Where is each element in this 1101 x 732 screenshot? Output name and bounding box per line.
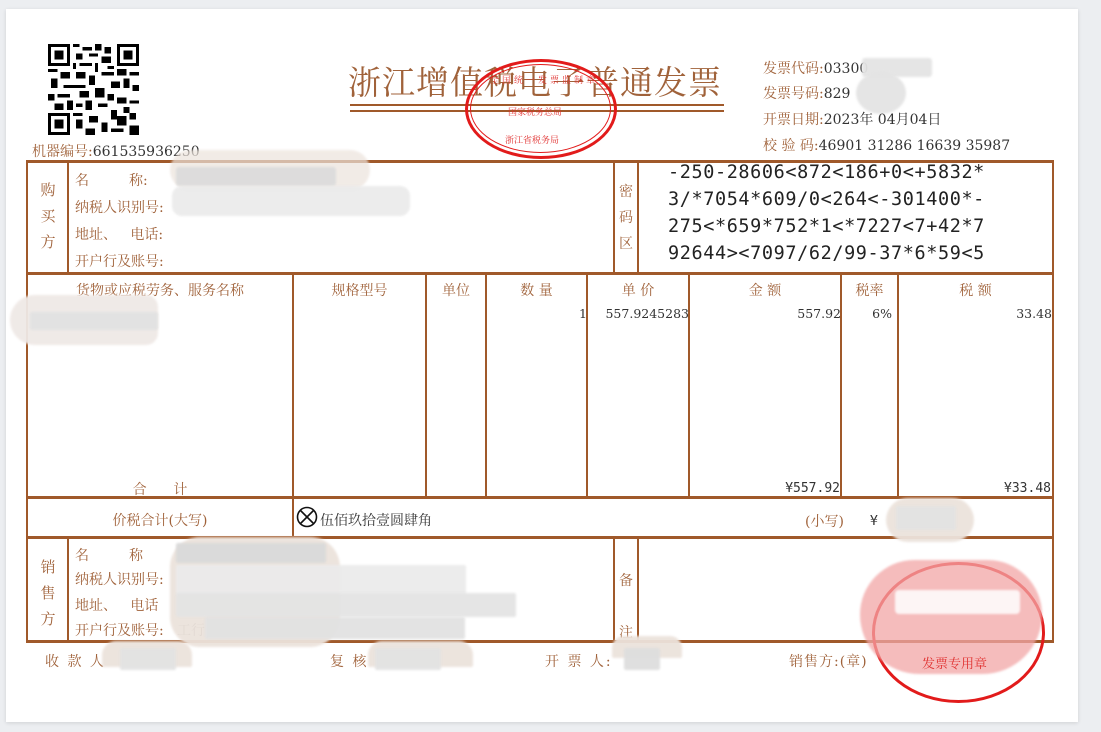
total-label: 合 计 <box>28 479 292 499</box>
goods-rate: 6% <box>842 306 892 321</box>
redaction-seller-stamp-center <box>895 590 1020 614</box>
total-tax: ¥33.48 <box>899 481 1051 496</box>
seller-side-char: 销 <box>36 554 60 580</box>
seller-stamp-label: 销售方:(章) <box>789 651 868 671</box>
seller-address-label: 地址、 电话 <box>75 595 158 615</box>
cipher-line: -250-28606<872<186+0<+5832* <box>668 162 985 183</box>
stamp-arc-text: 全国统一发票监制章 <box>490 73 598 86</box>
redaction-seller-tax-id <box>176 565 466 595</box>
reviewer-label: 复 核 <box>330 651 368 671</box>
cipher-line: 92644><7097/62/99-37*6*59<5 <box>668 243 985 264</box>
col-header-rate: 税率 <box>842 280 897 300</box>
redaction-seller-bank <box>205 617 465 639</box>
redaction-issuer <box>624 648 660 670</box>
redaction-seller-address <box>176 593 516 617</box>
buyer-side-label: 购 买 方 <box>36 177 60 255</box>
redaction-goods-name <box>30 312 158 330</box>
invoice-code-row: 发票代码:03300 <box>763 58 868 78</box>
cipher-side-char: 密 <box>614 179 638 205</box>
seller-side-char: 售 <box>36 580 60 606</box>
grand-total-label: 价税合计(大写) <box>28 510 292 530</box>
seller-side-char: 方 <box>36 606 60 632</box>
buyer-label-divider <box>67 161 69 273</box>
buyer-side-char: 方 <box>36 229 60 255</box>
redaction-seller-name <box>176 543 326 563</box>
seller-name-label: 名 称 <box>75 545 143 565</box>
seller-side-label: 销 售 方 <box>36 554 60 632</box>
circled-x-icon <box>296 506 316 526</box>
goods-amount: 557.92 <box>690 306 841 321</box>
stamp-line2: 浙江省税务局 <box>505 133 559 146</box>
buyer-name-label: 名 称: <box>75 170 148 190</box>
invoice-number-value: 829 <box>824 86 851 102</box>
cipher-side-char: 区 <box>614 231 638 257</box>
grand-total-lowercase-label: (小写) <box>805 511 844 531</box>
seller-label-divider <box>67 537 69 641</box>
total-amount: ¥557.92 <box>690 481 840 496</box>
col-header-qty: 数 量 <box>487 280 586 300</box>
seller-bank-label: 开户行及账号: <box>75 620 164 640</box>
redaction-payee <box>120 648 176 670</box>
seller-stamp-text: 发票专用章 <box>922 653 987 672</box>
cipher-side-label: 密 码 区 <box>614 179 638 257</box>
frame-line-buyer-bottom <box>26 272 1054 275</box>
col-header-tax: 税 额 <box>899 280 1052 300</box>
invoice-date-label: 开票日期: <box>763 112 824 128</box>
goods-col-divider-2 <box>425 273 427 497</box>
check-code-row: 校 验 码:46901 31286 16639 35987 <box>763 135 1010 155</box>
cipher-line: 3/*7054*609/0<264<-301400*- <box>668 189 985 210</box>
redaction-buyer-name <box>176 167 336 186</box>
cipher-side-char: 码 <box>614 205 638 231</box>
redaction-reviewer <box>375 648 441 670</box>
redaction-buyer-tax-id <box>172 186 410 216</box>
check-code-label: 校 验 码: <box>763 138 819 154</box>
machine-number-label: 机器编号: <box>32 144 93 160</box>
invoice-code-label: 发票代码: <box>763 61 824 77</box>
stamp-line1: 国家税务总局 <box>508 105 562 118</box>
payee-label: 收 款 人 <box>45 651 106 671</box>
buyer-side-char: 买 <box>36 203 60 229</box>
remarks-side-char: 备 <box>614 555 638 607</box>
redaction-invoice-number <box>856 72 906 114</box>
redaction-grand-total-value <box>896 506 956 530</box>
issuer-label: 开 票 人: <box>545 651 613 671</box>
cipher-line: 275<*659*752*1<*7227<7+42*7 <box>668 216 985 237</box>
col-header-price: 单 价 <box>588 280 688 300</box>
col-header-amount: 金 额 <box>690 280 840 300</box>
invoice-number-row: 发票号码:829 <box>763 83 850 103</box>
col-header-unit: 单位 <box>427 280 485 300</box>
buyer-address-label: 地址、 电话: <box>75 224 163 244</box>
grand-total-uppercase: 伍佰玖拾壹圆肆角 <box>320 510 432 530</box>
col-header-spec: 规格型号 <box>294 280 425 300</box>
frame-right <box>1052 161 1054 642</box>
frame-left <box>26 161 28 642</box>
goods-tax: 33.48 <box>899 306 1052 321</box>
goods-col-divider-1 <box>292 273 294 538</box>
invoice-date-value: 2023年 04月04日 <box>824 112 942 128</box>
check-code-value: 46901 31286 16639 35987 <box>819 138 1011 154</box>
grand-total-currency: ¥ <box>870 514 878 529</box>
buyer-tax-id-label: 纳税人识别号: <box>75 197 164 217</box>
goods-price: 557.9245283 <box>588 306 689 321</box>
buyer-side-char: 购 <box>36 177 60 203</box>
goods-qty: 1 <box>487 306 587 321</box>
buyer-bank-label: 开户行及账号: <box>75 251 164 271</box>
qr-code-icon <box>48 44 139 135</box>
invoice-number-label: 发票号码: <box>763 86 824 102</box>
invoice-date-row: 开票日期:2023年 04月04日 <box>763 109 941 129</box>
seller-tax-id-label: 纳税人识别号: <box>75 569 164 589</box>
